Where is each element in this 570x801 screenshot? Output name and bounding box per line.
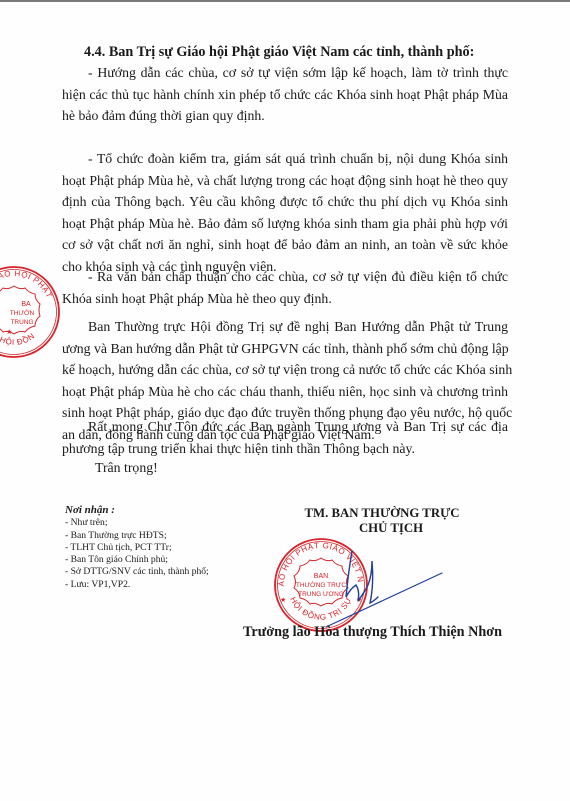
signature-icon <box>290 545 450 630</box>
text-line: Ban Thường trực Hội đồng Trị sự đề nghị … <box>62 316 508 338</box>
text-line: ương và Ban hướng dẫn Phật tử GHPGVN các… <box>62 338 508 360</box>
svg-text:THƯỜN: THƯỜN <box>10 308 35 317</box>
regards: Trân trọng! <box>95 460 158 476</box>
text-line: hoạt Phật pháp Mùa hè, và chất lượng tro… <box>62 170 508 192</box>
recipients-list: Nơi nhận : - Như trên; - Ban Thường trực… <box>65 504 209 591</box>
text-line: hoạt Phật pháp Mùa hè cho các cháu thanh… <box>62 381 508 403</box>
recipient-item: - Sở DTTG/SNV các tỉnh, thành phố; <box>65 566 209 578</box>
top-border <box>0 0 570 2</box>
handwritten-signature <box>290 545 450 635</box>
text-line: Khóa sinh hoạt Phật pháp Mùa hè theo quy… <box>62 288 508 310</box>
text-line: hoạt Phật pháp Mùa hè. Bảo đảm số lượng … <box>62 213 508 235</box>
text-line: - Hướng dẫn các chùa, cơ sở tự viện sớm … <box>62 62 508 84</box>
paragraph-approval: - Ra văn bản chấp thuận cho các chùa, cơ… <box>62 266 508 309</box>
text-line: - Tổ chức đoàn kiểm tra, giám sát quá tr… <box>62 148 508 170</box>
seal-icon: GIÁO HỘI PHẬT HỘI ĐỒN BA THƯỜN TRUNG ★ <box>0 264 62 360</box>
svg-text:★: ★ <box>6 328 12 336</box>
signature-role: CHỦ TỊCH <box>262 521 502 536</box>
signer-name: Trưởng lão Hòa thượng Thích Thiện Nhơn <box>243 624 502 641</box>
recipient-item: - Ban Thường trực HĐTS; <box>65 530 209 542</box>
svg-text:★: ★ <box>280 596 286 604</box>
text-line: Rất mong Chư Tôn đức các Ban ngành Trung… <box>62 416 508 438</box>
svg-text:GIÁO HỘI PHẬT: GIÁO HỘI PHẬT <box>0 269 54 300</box>
document-page: 4.4. Ban Trị sự Giáo hội Phật giáo Việt … <box>0 0 570 801</box>
svg-text:TRUNG: TRUNG <box>10 319 33 326</box>
text-line: kế hoạch, hướng dẫn các chùa, cơ sở tự v… <box>62 359 508 381</box>
text-line: cơ sở vật chất nơi ăn nghỉ, sinh hoạt để… <box>62 234 508 256</box>
paragraph-guidance: - Hướng dẫn các chùa, cơ sở tự viện sớm … <box>62 62 508 127</box>
recipient-item: - Ban Tôn giáo Chính phủ; <box>65 554 209 566</box>
side-seal: GIÁO HỘI PHẬT HỘI ĐỒN BA THƯỜN TRUNG ★ <box>0 264 62 360</box>
section-heading: 4.4. Ban Trị sự Giáo hội Phật giáo Việt … <box>84 44 474 61</box>
recipient-item: - Như trên; <box>65 517 209 529</box>
paragraph-closing: Rất mong Chư Tôn đức các Ban ngành Trung… <box>62 416 508 459</box>
recipient-item: - Lưu: VP1,VP2. <box>65 579 209 591</box>
signature-organization: TM. BAN THƯỜNG TRỰC <box>262 506 502 521</box>
text-line: phương tập trung triển khai thực hiện ti… <box>62 438 508 460</box>
paragraph-inspection: - Tổ chức đoàn kiểm tra, giám sát quá tr… <box>62 148 508 277</box>
text-line: hiện các thủ tục hành chính xin phép tổ … <box>62 84 508 106</box>
text-line: - Ra văn bản chấp thuận cho các chùa, cơ… <box>62 266 508 288</box>
text-line: hè bảo đảm đúng thời gian quy định. <box>62 105 508 127</box>
svg-text:BA: BA <box>21 301 31 308</box>
recipients-title: Nơi nhận : <box>65 504 209 516</box>
text-line: định của Thông bạch. Yêu cầu không được … <box>62 191 508 213</box>
signature-block: TM. BAN THƯỜNG TRỰC CHỦ TỊCH <box>262 506 502 536</box>
recipient-item: - TLHT Chủ tịch, PCT TTr; <box>65 542 209 554</box>
